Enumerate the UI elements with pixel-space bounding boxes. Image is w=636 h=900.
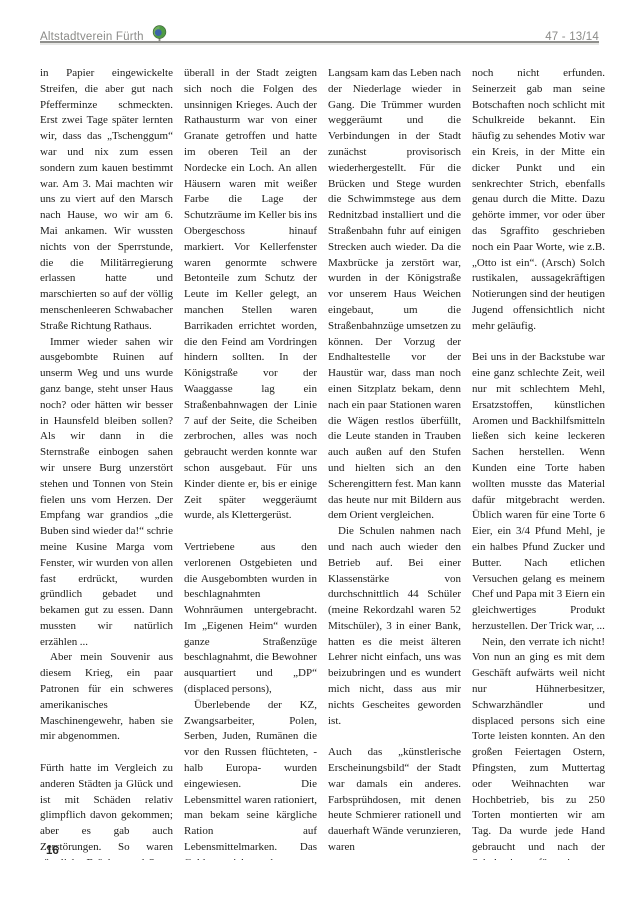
paragraph: Aber mein Souvenir aus diesem Krieg, ein… [40, 650, 173, 745]
paragraph: Vertriebene aus den verlorenen Ostgebiet… [184, 540, 317, 698]
text-column-4: noch nicht erfunden. Seinerzeit gab man … [472, 66, 605, 860]
paragraph: Nein, den verrate ich nicht! Von nun an … [472, 635, 605, 860]
paragraph: in Papier eingewickelte Streifen, die ab… [40, 66, 173, 335]
paragraph: Auch das „künstlerische Erscheinungsbild… [328, 745, 461, 856]
page: Altstadtverein Fürth 47 - 13/14 in Papie… [0, 0, 636, 900]
paragraph: Immer wieder sahen wir ausgebombte Ruine… [40, 335, 173, 651]
header-rule [40, 41, 599, 45]
page-header: Altstadtverein Fürth 47 - 13/14 [40, 22, 599, 43]
paragraph: Bei uns in der Backstube war eine ganz s… [472, 350, 605, 634]
page-number: 16 [46, 845, 59, 857]
paragraph: noch nicht erfunden. Seinerzeit gab man … [472, 66, 605, 335]
paragraph: Überlebende der KZ, Zwangsarbeiter, Pole… [184, 698, 317, 860]
paragraph: Fürth hatte im Vergleich zu anderen Städ… [40, 761, 173, 860]
text-column-2: überall in der Stadt zeigten sich noch d… [184, 66, 317, 860]
header-left: Altstadtverein Fürth [40, 22, 167, 43]
text-column-3: Langsam kam das Leben nach der Niederlag… [328, 66, 461, 860]
paragraph: überall in der Stadt zeigten sich noch d… [184, 66, 317, 524]
article-body: in Papier eingewickelte Streifen, die ab… [40, 66, 605, 860]
text-column-1: in Papier eingewickelte Streifen, die ab… [40, 66, 173, 860]
paragraph: Die Schulen nahmen nach und nach auch wi… [328, 524, 461, 729]
paragraph: Langsam kam das Leben nach der Niederlag… [328, 66, 461, 524]
